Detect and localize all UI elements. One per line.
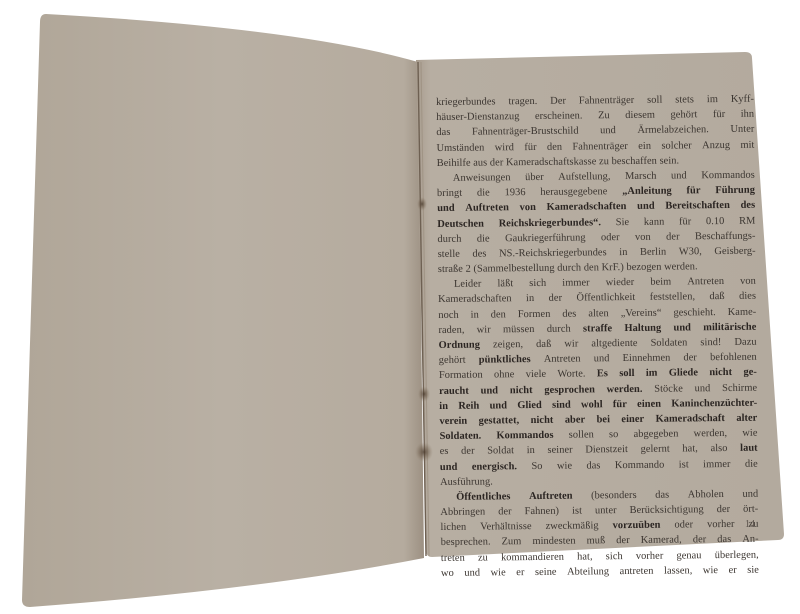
word: einen bbox=[637, 396, 661, 411]
word: treten bbox=[441, 550, 465, 565]
word: Anzug bbox=[702, 137, 730, 152]
word: durch bbox=[437, 231, 461, 246]
page-body-text: kriegerbundestragen.DerFahnenträgersolls… bbox=[436, 92, 759, 581]
word: gehört bbox=[439, 353, 466, 368]
word: vorzuüben bbox=[613, 518, 661, 534]
word: soll bbox=[647, 93, 662, 108]
word: Dazu bbox=[734, 335, 756, 350]
word: befohlenen bbox=[710, 350, 757, 366]
word: sich bbox=[606, 549, 623, 564]
word: Berücksichtigung bbox=[630, 502, 704, 518]
word: Geisberg- bbox=[714, 244, 755, 260]
word: Kyff- bbox=[731, 92, 754, 107]
word: „Anleitung bbox=[622, 184, 672, 200]
word: lichen bbox=[440, 520, 466, 535]
word: im bbox=[646, 366, 658, 381]
word: das bbox=[586, 458, 600, 473]
word: genau bbox=[676, 548, 701, 563]
word: wohl bbox=[581, 397, 603, 412]
word: alten bbox=[588, 306, 609, 321]
word: Formen bbox=[518, 306, 551, 322]
word: Kaninchenzüchter- bbox=[671, 395, 757, 411]
word: vorher bbox=[636, 548, 664, 563]
word: altgediente bbox=[591, 336, 637, 352]
word: werden. bbox=[607, 381, 643, 397]
word: NS.-Reichskriegerbundes bbox=[499, 245, 607, 261]
word: So bbox=[531, 458, 542, 473]
word: zeigen, bbox=[493, 337, 523, 353]
word: sollen bbox=[569, 427, 594, 442]
word: der bbox=[461, 444, 475, 459]
word: ge- bbox=[743, 365, 757, 380]
word: und bbox=[637, 199, 655, 214]
word: muß bbox=[587, 534, 606, 549]
word: Der bbox=[550, 94, 566, 109]
word: W30, bbox=[679, 244, 702, 259]
word: militärische bbox=[703, 319, 756, 335]
word: (besonders bbox=[591, 488, 637, 504]
word: geschieht. bbox=[673, 305, 716, 321]
word: mit bbox=[740, 137, 754, 152]
word: bezogen bbox=[626, 260, 664, 276]
word: Führung bbox=[715, 183, 755, 199]
word: Kameradschaften bbox=[438, 292, 512, 308]
word: Reih bbox=[458, 398, 479, 413]
word: für bbox=[524, 140, 536, 155]
word: die bbox=[477, 231, 490, 246]
word: das bbox=[655, 487, 669, 502]
word: Fahnenträger bbox=[579, 93, 635, 109]
word: seiner bbox=[547, 443, 572, 458]
word: lassen, bbox=[664, 563, 693, 578]
word: wie bbox=[742, 426, 757, 441]
word: nicht bbox=[531, 413, 554, 428]
word: für bbox=[679, 214, 691, 229]
word: Soldaten bbox=[651, 335, 688, 351]
word: Fahnenträger-Brustschild bbox=[472, 124, 579, 140]
word: durch bbox=[557, 261, 584, 276]
word: es bbox=[440, 444, 449, 459]
word: Haltung bbox=[624, 320, 661, 336]
word: werden, bbox=[694, 426, 728, 442]
word: Fahnenträger bbox=[572, 139, 628, 155]
word: wie bbox=[557, 458, 572, 473]
staple-stain-icon bbox=[418, 386, 430, 402]
word: straße bbox=[438, 262, 466, 277]
word: immer bbox=[562, 276, 590, 291]
word: Abbringen bbox=[440, 505, 485, 521]
word: sie bbox=[747, 562, 759, 577]
word: für bbox=[686, 183, 700, 198]
word: verein bbox=[439, 414, 467, 429]
word: Fahnen) bbox=[525, 504, 560, 520]
word: 0.10 bbox=[706, 213, 725, 228]
word: den bbox=[491, 307, 506, 322]
word: (Sammelbestellung bbox=[473, 261, 557, 277]
word: ein bbox=[638, 138, 651, 153]
word: er bbox=[728, 563, 736, 578]
word: seine bbox=[535, 565, 557, 580]
word: wir bbox=[564, 337, 578, 352]
word: Kame- bbox=[728, 304, 757, 319]
word: der bbox=[717, 502, 731, 517]
word: Worte. bbox=[557, 367, 585, 382]
word: RM bbox=[739, 213, 755, 228]
word: kriegerbundes bbox=[436, 94, 496, 110]
word: in bbox=[527, 443, 535, 458]
word: die bbox=[745, 456, 758, 471]
word: unter bbox=[595, 503, 617, 518]
word: und bbox=[489, 398, 507, 413]
word: Beschaffungs- bbox=[695, 228, 756, 244]
word: und bbox=[695, 381, 711, 396]
word: beschaffen bbox=[612, 153, 660, 169]
word: sein. bbox=[659, 153, 679, 168]
word: diesem bbox=[625, 108, 655, 123]
word: für bbox=[613, 397, 627, 412]
word: ört- bbox=[743, 502, 758, 517]
word: Kamerad, bbox=[641, 533, 682, 549]
word: von bbox=[520, 200, 536, 215]
word: durch bbox=[547, 321, 571, 336]
word: Stöcke bbox=[654, 381, 683, 396]
word: Zu bbox=[598, 108, 610, 123]
word: überlegen, bbox=[715, 547, 759, 563]
word: Sie bbox=[616, 214, 630, 229]
word: immer bbox=[703, 456, 731, 471]
word: Bereitschaften bbox=[665, 198, 730, 214]
word: des bbox=[741, 198, 756, 213]
word: raucht bbox=[439, 383, 469, 398]
staple-stain-icon bbox=[417, 197, 427, 211]
word: der bbox=[616, 533, 630, 548]
word: Unter bbox=[730, 122, 754, 137]
word: nicht bbox=[709, 365, 732, 380]
word: wir bbox=[477, 322, 491, 337]
word: Umständen bbox=[436, 140, 484, 156]
word: gehört bbox=[670, 107, 697, 122]
word: bei bbox=[597, 412, 611, 427]
word: der bbox=[683, 350, 697, 365]
word: besprechen. bbox=[441, 535, 491, 551]
word: von bbox=[635, 229, 651, 244]
word: Gaukriegerführung bbox=[505, 230, 586, 246]
word: Kameradschaften bbox=[547, 199, 627, 215]
word: Kameradschaft bbox=[655, 411, 724, 427]
word: Beihilfe bbox=[437, 155, 474, 171]
word: gestattet, bbox=[479, 413, 520, 429]
word: An- bbox=[742, 532, 758, 547]
left-page bbox=[22, 14, 424, 607]
word: und bbox=[594, 351, 610, 366]
word: Leider bbox=[454, 277, 482, 292]
word: alter bbox=[736, 411, 757, 426]
word: der bbox=[498, 504, 512, 519]
word: und bbox=[742, 487, 758, 502]
word: Öffentlichkeit bbox=[576, 290, 635, 306]
word: erscheinen. bbox=[535, 109, 583, 125]
word: vorher bbox=[707, 517, 735, 532]
word: oder bbox=[674, 518, 693, 533]
word: Verhältnisse bbox=[480, 519, 532, 535]
word: dies bbox=[739, 289, 756, 304]
word: wird bbox=[495, 140, 514, 155]
word: Glied bbox=[517, 398, 542, 413]
word: aus bbox=[473, 155, 490, 170]
word: straffe bbox=[583, 321, 612, 336]
word: laut bbox=[740, 441, 758, 456]
word: beim bbox=[650, 275, 671, 290]
word: Ordnung bbox=[439, 338, 481, 354]
word: bringt bbox=[437, 186, 462, 201]
word: also bbox=[710, 441, 727, 456]
word: einer bbox=[621, 412, 644, 427]
word: soll bbox=[619, 366, 634, 381]
word: kann bbox=[644, 214, 665, 229]
word: des bbox=[562, 306, 576, 321]
word: über bbox=[525, 170, 544, 185]
word: Es bbox=[597, 367, 608, 382]
word: Ärmelabzeichen. bbox=[637, 123, 709, 139]
word: der bbox=[666, 229, 680, 244]
word: von bbox=[740, 274, 756, 289]
word: und bbox=[671, 168, 687, 183]
word: so bbox=[609, 427, 619, 442]
word: häuser-Dienstanzug bbox=[436, 109, 519, 125]
word: er bbox=[516, 565, 524, 580]
word: Antreten bbox=[544, 352, 581, 368]
word: hat, bbox=[577, 549, 593, 564]
page-number: 14 bbox=[745, 519, 755, 530]
word: noch bbox=[438, 307, 459, 322]
word: den bbox=[584, 260, 602, 275]
word: Abholen bbox=[688, 487, 724, 503]
word: wie bbox=[703, 563, 718, 578]
word: Deutschen bbox=[437, 216, 484, 232]
word: zu bbox=[599, 154, 612, 169]
word: feststellen, bbox=[650, 290, 695, 306]
word: den bbox=[547, 139, 562, 154]
word: ist bbox=[679, 457, 689, 472]
word: des bbox=[472, 246, 486, 261]
word: energisch. bbox=[472, 459, 517, 475]
word: der bbox=[490, 155, 506, 170]
word: Anweisungen bbox=[453, 170, 511, 186]
word: mindesten bbox=[532, 534, 575, 550]
word: stets bbox=[675, 92, 694, 107]
word: daß bbox=[709, 289, 724, 304]
word: Soldat bbox=[487, 444, 514, 459]
word: kommandieren bbox=[501, 549, 564, 565]
word: Ausführung. bbox=[440, 474, 493, 490]
word: und bbox=[440, 459, 458, 474]
word: daß bbox=[536, 337, 551, 352]
word: „Vereins“ bbox=[621, 305, 662, 321]
word: herausgegebene bbox=[540, 184, 607, 200]
word: zu bbox=[478, 550, 488, 565]
word: Kommandos bbox=[701, 168, 755, 184]
word: pünktliches bbox=[479, 352, 531, 368]
word: Kommando bbox=[615, 457, 665, 473]
word: und bbox=[673, 320, 691, 335]
word: werden. bbox=[664, 259, 698, 275]
word: gesprochen bbox=[544, 382, 595, 398]
word: KrF.) bbox=[602, 260, 627, 275]
word: sind bbox=[552, 397, 571, 412]
word: stelle bbox=[438, 247, 460, 262]
word: Schirme bbox=[722, 380, 757, 396]
word: Kameradschaftskasse bbox=[506, 154, 599, 170]
word: 1936 bbox=[504, 185, 525, 200]
word: Zum bbox=[502, 535, 522, 550]
staple-stain-icon bbox=[415, 442, 433, 462]
word: hat, bbox=[682, 442, 698, 457]
word: abgegeben bbox=[633, 427, 678, 443]
word: die bbox=[477, 186, 490, 201]
word: oder bbox=[601, 230, 620, 245]
word: für bbox=[713, 107, 725, 122]
word: aber bbox=[565, 412, 586, 427]
word: Abteilung bbox=[567, 564, 609, 580]
word: der bbox=[549, 291, 563, 306]
word: sind! bbox=[700, 335, 721, 350]
word: der bbox=[693, 533, 707, 548]
word: tragen. bbox=[508, 94, 537, 109]
word: und bbox=[464, 565, 480, 580]
word: Marsch bbox=[625, 169, 657, 185]
word: gelernt bbox=[640, 442, 669, 457]
word: in bbox=[526, 291, 534, 306]
word: zweckmäßig bbox=[546, 519, 599, 535]
word: Öffentliches bbox=[456, 489, 510, 505]
word: im bbox=[707, 92, 718, 107]
word: sich bbox=[529, 276, 546, 291]
word: Einnehmen bbox=[623, 351, 671, 367]
word: solcher bbox=[661, 138, 692, 154]
word: Reichskriegerbundes“. bbox=[499, 215, 602, 231]
word: läßt bbox=[497, 276, 513, 291]
word: Auftreten bbox=[529, 488, 573, 504]
word: müssen bbox=[503, 322, 535, 338]
word: ohne bbox=[494, 368, 515, 383]
word: und bbox=[481, 383, 499, 398]
word: das bbox=[436, 125, 450, 140]
word: und bbox=[437, 201, 455, 216]
word: Soldaten. bbox=[439, 429, 481, 445]
word: Berlin bbox=[640, 244, 666, 259]
word: Aufstellung, bbox=[558, 169, 610, 185]
word: Kommandos bbox=[496, 428, 553, 444]
word: wo bbox=[441, 566, 454, 581]
word: antreten bbox=[620, 564, 654, 580]
word: Gliede bbox=[669, 366, 698, 381]
word: ist bbox=[572, 504, 582, 519]
word: in bbox=[619, 245, 627, 260]
word: in bbox=[471, 307, 479, 322]
word: Formation bbox=[439, 368, 483, 384]
word: in bbox=[439, 399, 448, 414]
word: wie bbox=[491, 565, 506, 580]
word: viele bbox=[526, 367, 547, 382]
word: wieder bbox=[606, 275, 635, 290]
word: 2 bbox=[466, 262, 474, 277]
word: und bbox=[600, 123, 616, 138]
word: raden, bbox=[438, 323, 464, 338]
word: Antreten bbox=[687, 274, 724, 290]
word: ihn bbox=[741, 107, 755, 122]
word: Auftreten bbox=[465, 201, 509, 217]
word: Dienstzeit bbox=[585, 442, 628, 458]
word: das bbox=[717, 532, 731, 547]
booklet-scene: kriegerbundestragen.DerFahnenträgersolls… bbox=[0, 0, 800, 614]
word: nicht bbox=[510, 383, 533, 398]
